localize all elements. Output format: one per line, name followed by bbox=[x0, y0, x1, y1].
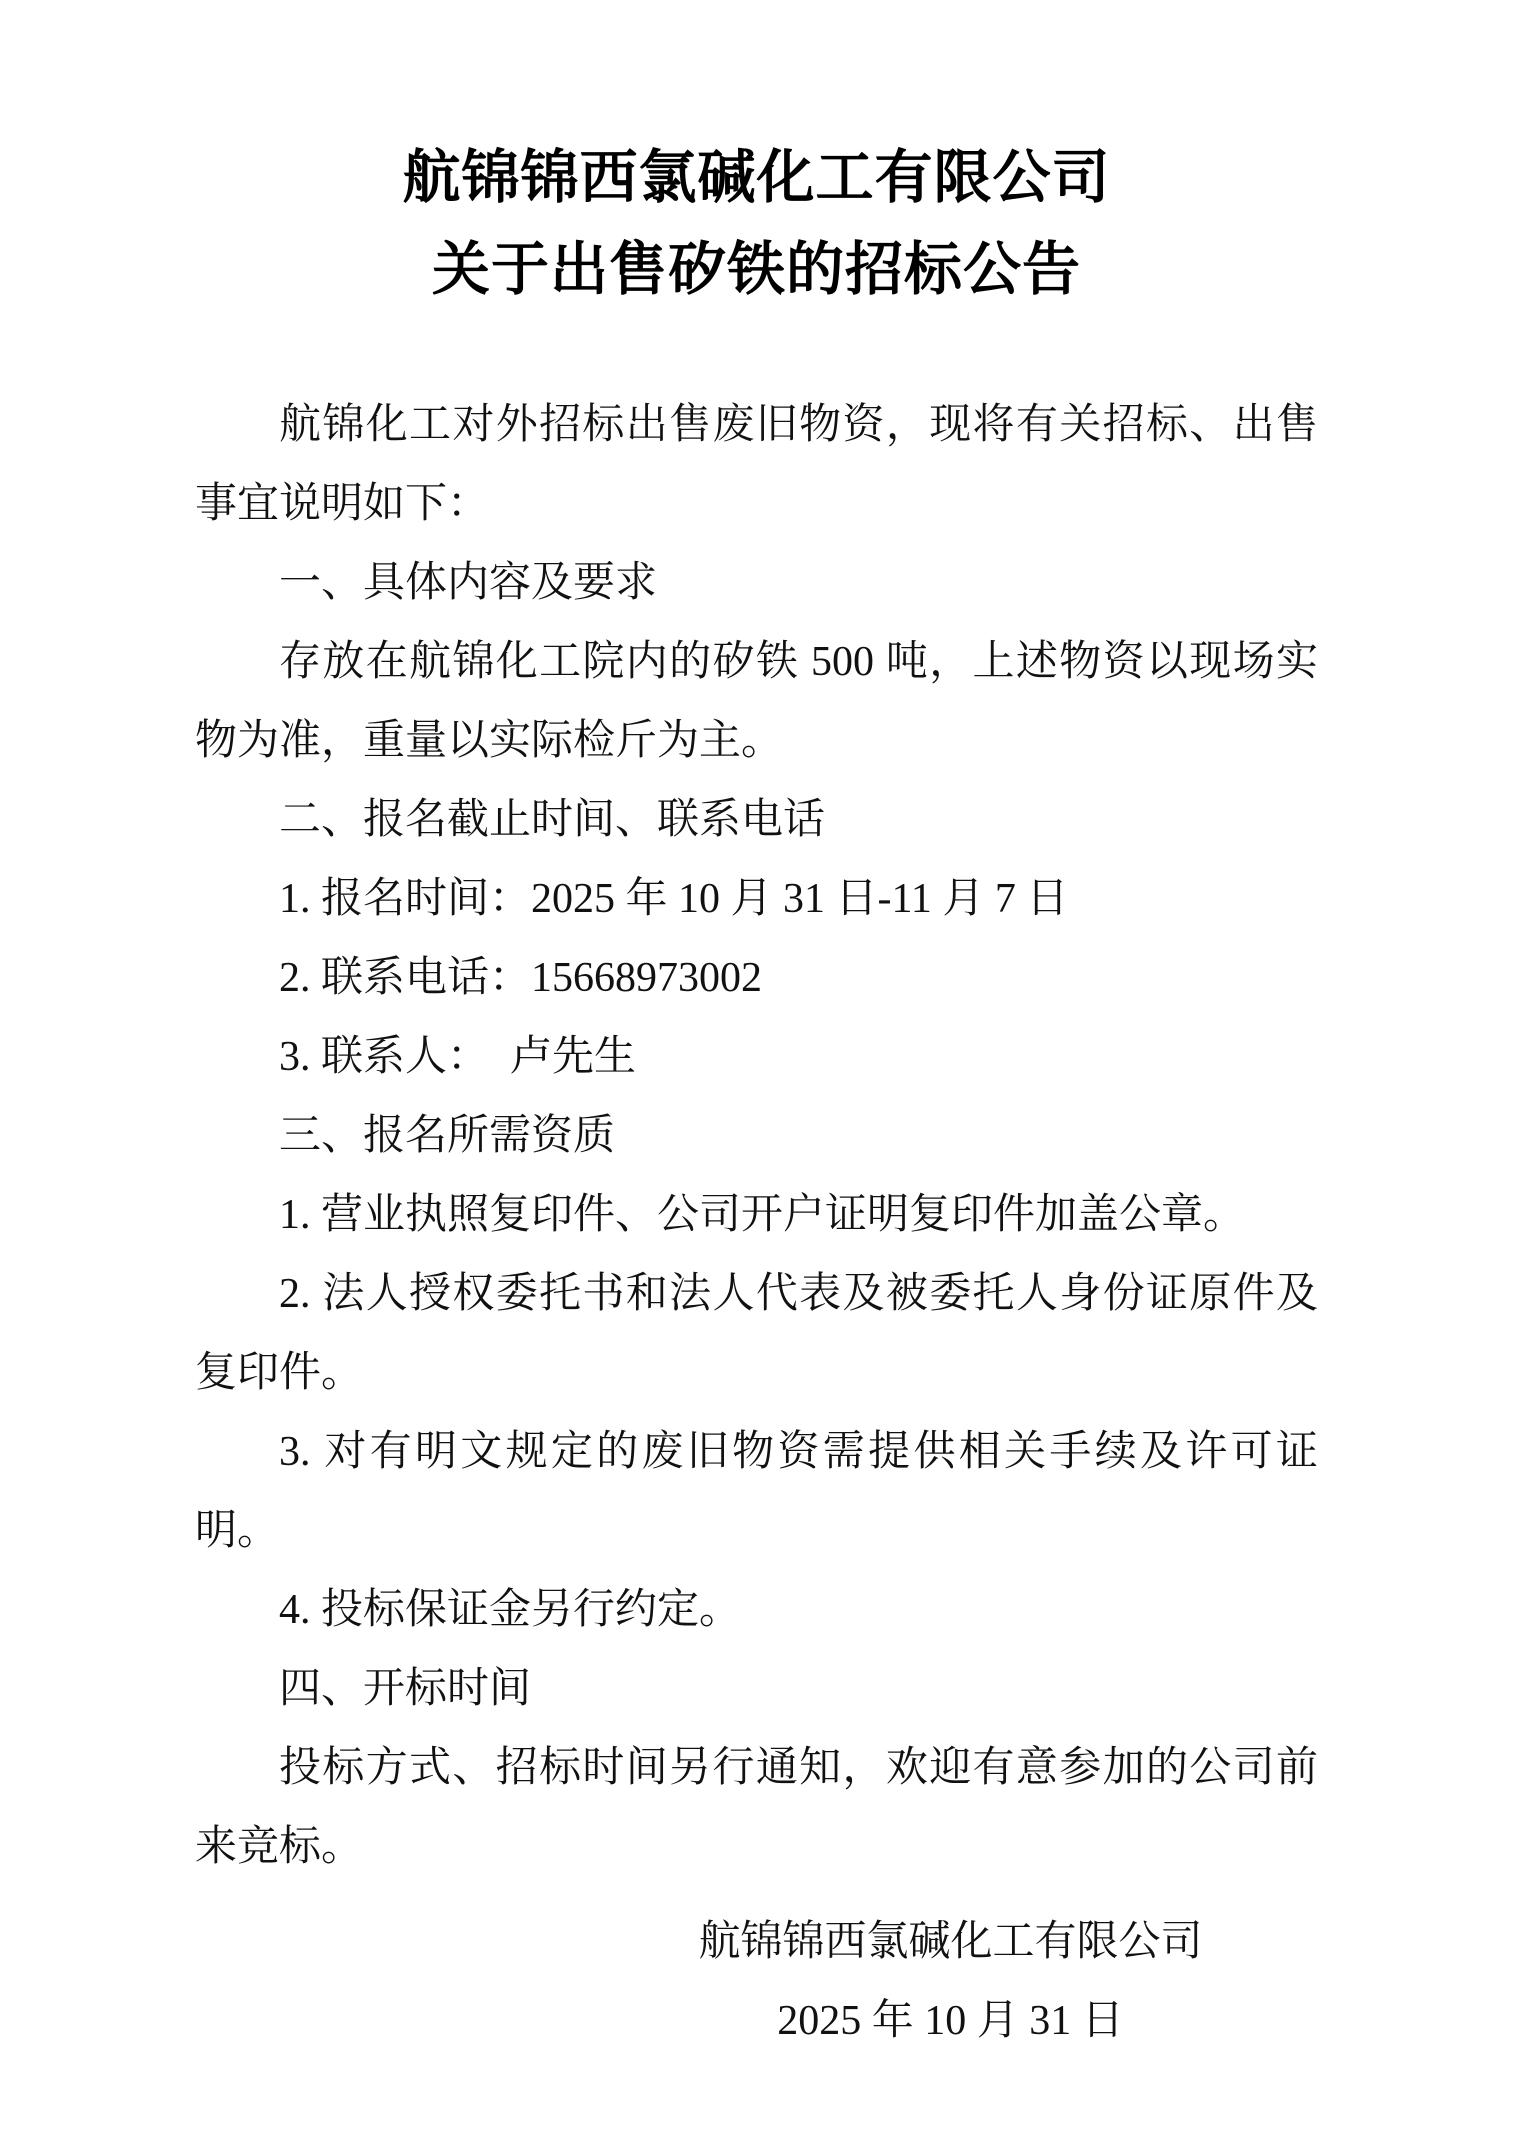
title-line-1: 航锦锦西氯碱化工有限公司 bbox=[195, 132, 1318, 224]
list-item-authorization: 2. 法人授权委托书和法人代表及被委托人身份证原件及复印件。 bbox=[195, 1255, 1318, 1413]
section-heading-2: 二、报名截止时间、联系电话 bbox=[195, 781, 1318, 860]
paragraph-section-1-body: 存放在航锦化工院内的矽铁 500 吨，上述物资以现场实物为准，重量以实际检斤为主… bbox=[195, 623, 1318, 781]
section-heading-3: 三、报名所需资质 bbox=[195, 1097, 1318, 1176]
signature-company: 航锦锦西氯碱化工有限公司 bbox=[389, 1903, 1512, 1982]
list-item-signup-time: 1. 报名时间：2025 年 10 月 31 日-11 月 7 日 bbox=[195, 860, 1318, 939]
paragraph-closing: 投标方式、招标时间另行通知，欢迎有意参加的公司前来竞标。 bbox=[195, 1729, 1318, 1887]
document-body: 航锦化工对外招标出售废旧物资，现将有关招标、出售事宜说明如下： 一、具体内容及要… bbox=[195, 386, 1318, 1887]
signature-block: 航锦锦西氯碱化工有限公司 2025 年 10 月 31 日 bbox=[195, 1903, 1318, 2061]
section-heading-1: 一、具体内容及要求 bbox=[195, 544, 1318, 623]
list-item-contact-person: 3. 联系人： 卢先生 bbox=[195, 1018, 1318, 1097]
signature-date: 2025 年 10 月 31 日 bbox=[389, 1982, 1512, 2061]
title-line-2: 关于出售矽铁的招标公告 bbox=[195, 224, 1318, 316]
document-title: 航锦锦西氯碱化工有限公司 关于出售矽铁的招标公告 bbox=[195, 132, 1318, 316]
paragraph-intro: 航锦化工对外招标出售废旧物资，现将有关招标、出售事宜说明如下： bbox=[195, 386, 1318, 544]
list-item-bid-deposit: 4. 投标保证金另行约定。 bbox=[195, 1571, 1318, 1650]
list-item-license-copy: 1. 营业执照复印件、公司开户证明复印件加盖公章。 bbox=[195, 1176, 1318, 1255]
document-page: 航锦锦西氯碱化工有限公司 关于出售矽铁的招标公告 航锦化工对外招标出售废旧物资，… bbox=[0, 0, 1513, 2140]
section-heading-4: 四、开标时间 bbox=[195, 1650, 1318, 1729]
list-item-contact-phone: 2. 联系电话：15668973002 bbox=[195, 939, 1318, 1018]
list-item-permit-proof: 3. 对有明文规定的废旧物资需提供相关手续及许可证明。 bbox=[195, 1413, 1318, 1571]
